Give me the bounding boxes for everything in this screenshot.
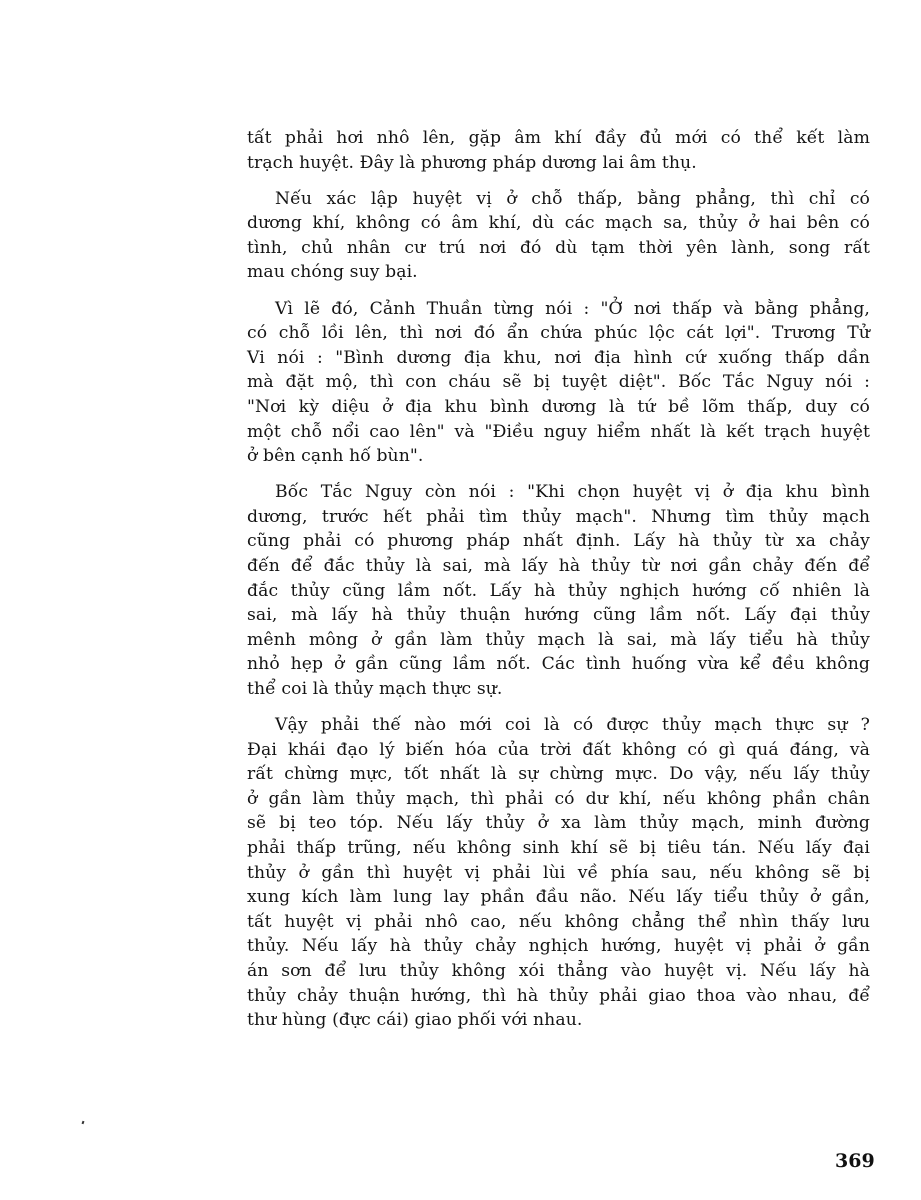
- text-line: tình, chủ nhân cư trú nơi đó dù tạm thời…: [247, 236, 870, 261]
- text-line: ở gần làm thủy mạch, thì phải có dư khí,…: [247, 787, 870, 812]
- page-number: 369: [835, 1150, 875, 1172]
- book-page: tất phải hơi nhô lên, gặp âm khí đầy đủ …: [0, 0, 921, 1200]
- paragraph-2: Nếu xác lập huyệt vị ở chỗ thấp, bằng ph…: [247, 187, 870, 285]
- text-line: xung kích làm lung lay phần đầu não. Nếu…: [247, 885, 870, 910]
- paragraph-3: Vì lẽ đó, Cảnh Thuần từng nói : "Ở nơi t…: [247, 297, 870, 469]
- text-line: sẽ bị teo tóp. Nếu lấy thủy ở xa làm thủ…: [247, 811, 870, 836]
- scan-speck: [82, 1121, 85, 1125]
- text-line: có chỗ lồi lên, thì nơi đó ẩn chứa phúc …: [247, 321, 870, 346]
- text-line: thư hùng (đực cái) giao phối với nhau.: [247, 1008, 870, 1033]
- text-line: phải thấp trũng, nếu không sinh khí sẽ b…: [247, 836, 870, 861]
- text-line: nhỏ hẹp ở gần cũng lầm nốt. Các tình huố…: [247, 652, 870, 677]
- text-line: trạch huyệt. Đây là phương pháp dương la…: [247, 151, 870, 176]
- text-line: tất huyệt vị phải nhô cao, nếu không chẳ…: [247, 910, 870, 935]
- text-line: một chỗ nổi cao lên" và "Điều nguy hiểm …: [247, 420, 870, 445]
- text-line: sai, mà lấy hà thủy thuận hướng cũng lầm…: [247, 603, 870, 628]
- text-line: Vi nói : "Bình dương địa khu, nơi địa hì…: [247, 346, 870, 371]
- text-line: mà đặt mộ, thì con cháu sẽ bị tuyệt diệt…: [247, 370, 870, 395]
- text-line: đến để đắc thủy là sai, mà lấy hà thủy t…: [247, 554, 870, 579]
- text-line: Bốc Tắc Nguy còn nói : "Khi chọn huyệt v…: [247, 480, 870, 505]
- text-line: ở bên cạnh hố bùn".: [247, 444, 870, 469]
- text-line: tất phải hơi nhô lên, gặp âm khí đầy đủ …: [247, 126, 870, 151]
- text-line: Nếu xác lập huyệt vị ở chỗ thấp, bằng ph…: [247, 187, 870, 212]
- text-line: "Nơi kỳ diệu ở địa khu bình dương là tứ …: [247, 395, 870, 420]
- text-line: Vì lẽ đó, Cảnh Thuần từng nói : "Ở nơi t…: [247, 297, 870, 322]
- text-line: mênh mông ở gần làm thủy mạch là sai, mà…: [247, 628, 870, 653]
- paragraph-5: Vậy phải thế nào mới coi là có được thủy…: [247, 713, 870, 1033]
- text-line: thủy. Nếu lấy hà thủy chảy nghịch hướng,…: [247, 934, 870, 959]
- body-text: tất phải hơi nhô lên, gặp âm khí đầy đủ …: [247, 126, 870, 1044]
- text-line: Vậy phải thế nào mới coi là có được thủy…: [247, 713, 870, 738]
- text-line: dương, trước hết phải tìm thủy mạch". Nh…: [247, 505, 870, 530]
- text-line: dương khí, không có âm khí, dù các mạch …: [247, 211, 870, 236]
- text-line: đắc thủy cũng lầm nốt. Lấy hà thủy nghịc…: [247, 579, 870, 604]
- text-line: thủy chảy thuận hướng, thì hà thủy phải …: [247, 984, 870, 1009]
- paragraph-4: Bốc Tắc Nguy còn nói : "Khi chọn huyệt v…: [247, 480, 870, 701]
- text-line: thủy ở gần thì huyệt vị phải lùi về phía…: [247, 861, 870, 886]
- paragraph-1: tất phải hơi nhô lên, gặp âm khí đầy đủ …: [247, 126, 870, 175]
- text-line: Đại khái đạo lý biến hóa của trời đất kh…: [247, 738, 870, 763]
- text-line: rất chừng mực, tốt nhất là sự chừng mực.…: [247, 762, 870, 787]
- text-line: mau chóng suy bại.: [247, 260, 870, 285]
- text-line: cũng phải có phương pháp nhất định. Lấy …: [247, 529, 870, 554]
- text-line: án sơn để lưu thủy không xói thẳng vào h…: [247, 959, 870, 984]
- text-line: thể coi là thủy mạch thực sự.: [247, 677, 870, 702]
